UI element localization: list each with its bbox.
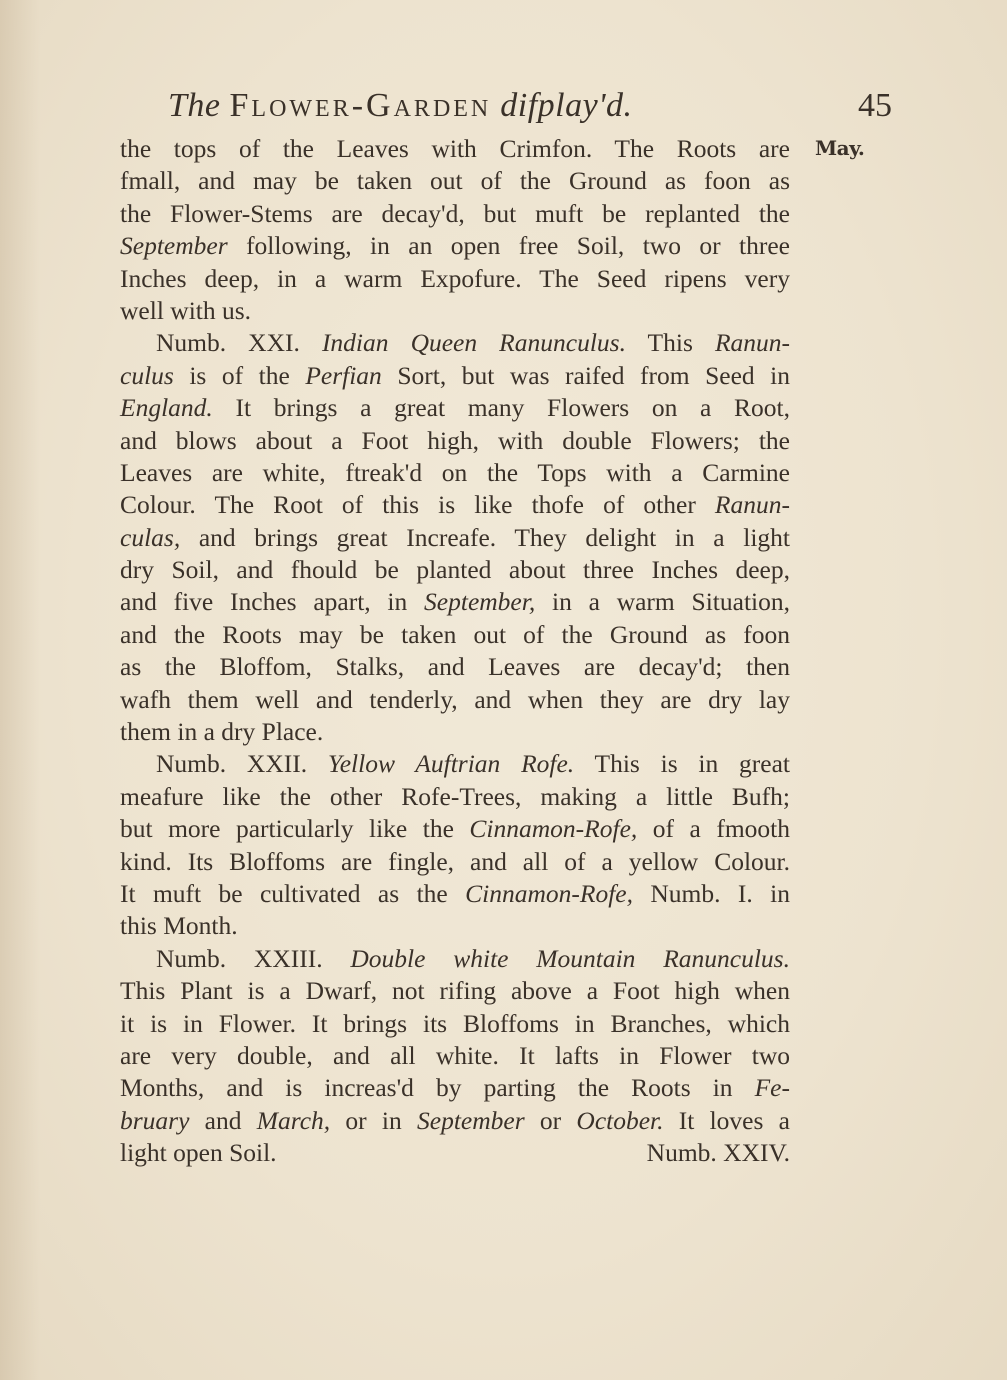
text-line: and the Roots may be taken out of the Gr… (120, 619, 790, 651)
text-run: following, in an open free Soil, two or … (228, 231, 790, 260)
text-line: It muft be cultivated as the Cinnamon-Ro… (120, 878, 790, 910)
text-line: Months, and is increas'd by parting the … (120, 1072, 790, 1104)
text-run: Numb. I. in (633, 879, 790, 908)
line-content: and blows about a Foot high, with double… (120, 426, 790, 455)
text-run: wafh them well and tenderly, and when th… (120, 685, 790, 714)
line-content: Numb. XXII. Yellow Auftrian Rofe. This i… (156, 749, 790, 778)
text-run: meafure like the other Rofe-Trees, makin… (120, 782, 790, 811)
text-run: fmall, and may be taken out of the Groun… (120, 166, 790, 195)
line-content: wafh them well and tenderly, and when th… (120, 685, 790, 714)
line-content: It muft be cultivated as the Cinnamon-Ro… (120, 879, 790, 908)
text-run: Months, and is increas'd by parting the … (120, 1073, 755, 1102)
text-line: Colour. The Root of this is like thofe o… (120, 489, 790, 521)
text-line: fmall, and may be taken out of the Groun… (120, 165, 790, 197)
line-content: the Flower-Stems are decay'd, but muft b… (120, 199, 790, 228)
text-line: Leaves are white, ftreak'd on the Tops w… (120, 457, 790, 489)
text-run: This Plant is a Dwarf, not rifing above … (120, 976, 790, 1005)
text-line: bruary and March, or in September or Oct… (120, 1105, 790, 1137)
line-content: This Plant is a Dwarf, not rifing above … (120, 976, 790, 1005)
body-text: the tops of the Leaves with Crimfon. The… (120, 133, 790, 1170)
text-line: are very double, and all white. It lafts… (120, 1040, 790, 1072)
line-content: meafure like the other Rofe-Trees, makin… (120, 782, 790, 811)
text-line: and five Inches apart, in September, in … (120, 586, 790, 618)
text-line: culus is of the Perfian Sort, but was ra… (120, 360, 790, 392)
italic-run: March, (257, 1106, 330, 1135)
line-content: well with us. (120, 296, 251, 325)
italic-run: Indian Queen Ranunculus. (322, 328, 626, 357)
text-run: dry Soil, and fhould be planted about th… (120, 555, 790, 584)
italic-run: Yellow Auftrian Rofe. (328, 749, 574, 778)
text-line: them in a dry Place. (120, 716, 790, 748)
line-content: dry Soil, and fhould be planted about th… (120, 555, 790, 584)
text-line: This Plant is a Dwarf, not rifing above … (120, 975, 790, 1007)
text-run: the tops of the Leaves with Crimfon. The… (120, 134, 790, 163)
text-run: or (525, 1106, 577, 1135)
line-content: Colour. The Root of this is like thofe o… (120, 490, 790, 519)
text-run: This (626, 328, 715, 357)
italic-run: October. (576, 1106, 663, 1135)
text-line: as the Bloffom, Stalks, and Leaves are d… (120, 651, 790, 683)
line-content: Numb. XXI. Indian Queen Ranunculus. This… (156, 328, 790, 357)
line-content: Numb. XXIII. Double white Mountain Ranun… (156, 944, 790, 973)
text-run: It loves a (664, 1106, 790, 1135)
text-line: and blows about a Foot high, with double… (120, 425, 790, 457)
text-line: wafh them well and tenderly, and when th… (120, 684, 790, 716)
italic-run: September (417, 1106, 525, 1135)
text-run: in a warm Situation, (535, 587, 790, 616)
italic-run: culas, (120, 523, 180, 552)
line-content: fmall, and may be taken out of the Groun… (120, 166, 790, 195)
italic-run: Ranun- (715, 328, 790, 357)
text-run: but more particularly like the (120, 814, 469, 843)
text-line: the Flower-Stems are decay'd, but muft b… (120, 198, 790, 230)
italic-run: England. (120, 393, 213, 422)
line-content: light open Soil. (120, 1137, 277, 1169)
running-head: The Flower-Garden difplay'd. 45 (168, 84, 898, 128)
text-line: this Month. (120, 910, 790, 942)
line-content: and five Inches apart, in September, in … (120, 587, 790, 616)
running-title: The Flower-Garden difplay'd. (168, 84, 632, 128)
text-line: culas, and brings great Increafe. They d… (120, 522, 790, 554)
text-run: Numb. XXII. (156, 749, 328, 778)
line-content: kind. Its Bloffoms are fingle, and all o… (120, 847, 790, 876)
catchword: Numb. XXIV. (647, 1137, 790, 1169)
line-content: it is in Flower. It brings its Bloffoms … (120, 1009, 790, 1038)
text-line: it is in Flower. It brings its Bloffoms … (120, 1008, 790, 1040)
text-run: is of the (174, 361, 305, 390)
text-run: the Flower-Stems are decay'd, but muft b… (120, 199, 790, 228)
text-run: Colour. The Root of this is like thofe o… (120, 490, 715, 519)
italic-run: Double white Mountain Ranunculus. (350, 944, 790, 973)
text-run: this Month. (120, 911, 238, 940)
text-line: Numb. XXI. Indian Queen Ranunculus. This… (120, 327, 790, 359)
margin-note-month: May. (815, 136, 864, 160)
italic-run: September (120, 231, 228, 260)
text-run: This is in great (574, 749, 790, 778)
text-line: Numb. XXIII. Double white Mountain Ranun… (120, 943, 790, 975)
line-content: are very double, and all white. It lafts… (120, 1041, 790, 1070)
title-tail: difplay'd. (500, 87, 632, 124)
text-run: Inches deep, in a warm Expofure. The See… (120, 264, 790, 293)
text-line: light open Soil.Numb. XXIV. (120, 1137, 790, 1169)
text-line: Numb. XXII. Yellow Auftrian Rofe. This i… (120, 748, 790, 780)
line-content: England. It brings a great many Flowers … (120, 393, 790, 422)
text-run: Numb. XXIII. (156, 944, 350, 973)
italic-run: Perfian (305, 361, 382, 390)
line-content: Inches deep, in a warm Expofure. The See… (120, 264, 790, 293)
text-run: kind. Its Bloffoms are fingle, and all o… (120, 847, 790, 876)
italic-run: culus (120, 361, 174, 390)
text-line: meafure like the other Rofe-Trees, makin… (120, 781, 790, 813)
line-content: the tops of the Leaves with Crimfon. The… (120, 134, 790, 163)
text-line: September following, in an open free Soi… (120, 230, 790, 262)
italic-run: bruary (120, 1106, 189, 1135)
text-run: or in (330, 1106, 417, 1135)
text-line: but more particularly like the Cinnamon-… (120, 813, 790, 845)
italic-run: Cinnamon-Rofe, (469, 814, 637, 843)
text-run: and five Inches apart, in (120, 587, 424, 616)
line-content: culus is of the Perfian Sort, but was ra… (120, 361, 790, 390)
line-content: this Month. (120, 911, 238, 940)
text-run: and brings great Increafe. They delight … (180, 523, 790, 552)
book-page: The Flower-Garden difplay'd. 45 May. the… (0, 0, 1007, 1380)
text-run: them in a dry Place. (120, 717, 323, 746)
text-run: and (189, 1106, 256, 1135)
line-content: but more particularly like the Cinnamon-… (120, 814, 790, 843)
line-content: them in a dry Place. (120, 717, 323, 746)
text-line: kind. Its Bloffoms are fingle, and all o… (120, 846, 790, 878)
text-run: of a fmooth (637, 814, 790, 843)
italic-run: Ranun- (715, 490, 790, 519)
text-run: It muft be cultivated as the (120, 879, 465, 908)
italic-run: Cinnamon-Rofe, (465, 879, 633, 908)
text-line: Inches deep, in a warm Expofure. The See… (120, 263, 790, 295)
line-content: bruary and March, or in September or Oct… (120, 1106, 790, 1135)
line-content: September following, in an open free Soi… (120, 231, 790, 260)
text-line: dry Soil, and fhould be planted about th… (120, 554, 790, 586)
italic-run: Fe- (755, 1073, 790, 1102)
text-run: and the Roots may be taken out of the Gr… (120, 620, 790, 649)
text-run: Sort, but was raifed from Seed in (382, 361, 790, 390)
text-run: as the Bloffom, Stalks, and Leaves are d… (120, 652, 790, 681)
text-run: it is in Flower. It brings its Bloffoms … (120, 1009, 790, 1038)
line-content: culas, and brings great Increafe. They d… (120, 523, 790, 552)
line-content: Leaves are white, ftreak'd on the Tops w… (120, 458, 790, 487)
text-run: are very double, and all white. It lafts… (120, 1041, 790, 1070)
text-run: well with us. (120, 296, 251, 325)
line-content: Months, and is increas'd by parting the … (120, 1073, 790, 1102)
text-line: the tops of the Leaves with Crimfon. The… (120, 133, 790, 165)
title-main: Flower-Garden (230, 87, 492, 124)
title-the: The (168, 87, 221, 124)
text-run: Numb. XXI. (156, 328, 322, 357)
text-line: England. It brings a great many Flowers … (120, 392, 790, 424)
italic-run: September, (424, 587, 535, 616)
line-content: and the Roots may be taken out of the Gr… (120, 620, 790, 649)
text-run: It brings a great many Flowers on a Root… (213, 393, 790, 422)
text-run: and blows about a Foot high, with double… (120, 426, 790, 455)
text-line: well with us. (120, 295, 790, 327)
line-content: as the Bloffom, Stalks, and Leaves are d… (120, 652, 790, 681)
page-number: 45 (858, 84, 892, 128)
text-run: Leaves are white, ftreak'd on the Tops w… (120, 458, 790, 487)
text-run: light open Soil. (120, 1138, 277, 1167)
